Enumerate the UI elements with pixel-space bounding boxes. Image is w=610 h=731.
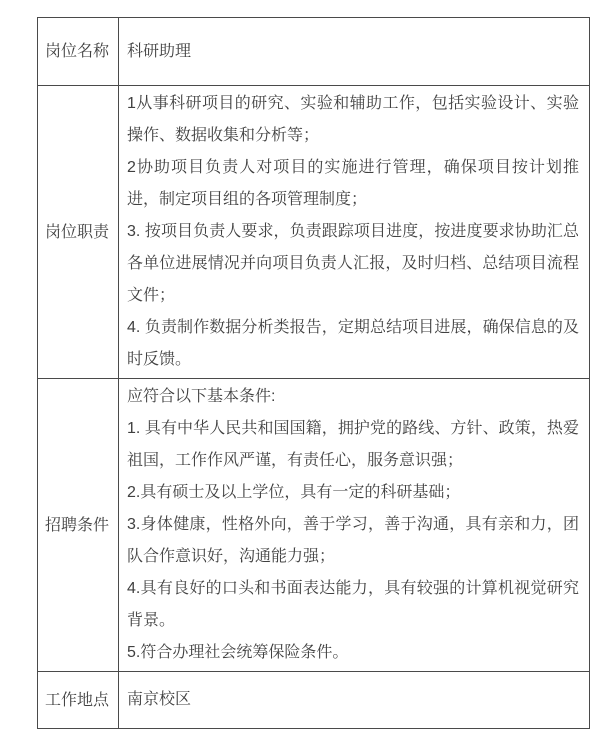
table-row-requirements: 招聘条件 应符合以下基本条件: 1. 具有中华人民共和国国籍，拥护党的路线、方针…	[38, 379, 590, 672]
row-label-responsibilities: 岗位职责	[38, 86, 119, 379]
requirements-cell: 应符合以下基本条件: 1. 具有中华人民共和国国籍，拥护党的路线、方针、政策，热…	[119, 379, 590, 672]
job-posting-table: 岗位名称 科研助理 岗位职责 1从事科研项目的研究、实验和辅助工作，包括实验设计…	[37, 17, 590, 729]
table-row-responsibilities: 岗位职责 1从事科研项目的研究、实验和辅助工作，包括实验设计、实验操作、数据收集…	[38, 86, 590, 379]
responsibility-item-2: 2协助项目负责人对项目的实施进行管理，确保项目按计划推进，制定项目组的各项管理制…	[127, 152, 579, 216]
requirement-item-4: 4.具有良好的口头和书面表达能力，具有较强的计算机视觉研究背景。	[127, 573, 579, 637]
responsibilities-cell: 1从事科研项目的研究、实验和辅助工作，包括实验设计、实验操作、数据收集和分析等；…	[119, 86, 590, 379]
requirements-intro: 应符合以下基本条件:	[127, 381, 579, 413]
position-name-cell: 科研助理	[119, 18, 590, 86]
position-name-value: 科研助理	[127, 36, 579, 68]
row-label-work-location: 工作地点	[38, 672, 119, 729]
work-location-value: 南京校区	[127, 684, 579, 716]
row-label-position-name: 岗位名称	[38, 18, 119, 86]
responsibility-item-4: 4. 负责制作数据分析类报告，定期总结项目进展，确保信息的及时反馈。	[127, 312, 579, 376]
table-row-work-location: 工作地点 南京校区	[38, 672, 590, 729]
requirement-item-2: 2.具有硕士及以上学位，具有一定的科研基础；	[127, 477, 579, 509]
requirement-item-3: 3.身体健康，性格外向，善于学习，善于沟通，具有亲和力，团队合作意识好，沟通能力…	[127, 509, 579, 573]
work-location-cell: 南京校区	[119, 672, 590, 729]
table-row-position-name: 岗位名称 科研助理	[38, 18, 590, 86]
row-label-requirements: 招聘条件	[38, 379, 119, 672]
requirement-item-1: 1. 具有中华人民共和国国籍，拥护党的路线、方针、政策，热爱祖国，工作作风严谨，…	[127, 413, 579, 477]
responsibility-item-1: 1从事科研项目的研究、实验和辅助工作，包括实验设计、实验操作、数据收集和分析等；	[127, 88, 579, 152]
requirement-item-5: 5.符合办理社会统筹保险条件。	[127, 637, 579, 669]
job-posting-page: 岗位名称 科研助理 岗位职责 1从事科研项目的研究、实验和辅助工作，包括实验设计…	[0, 0, 610, 731]
responsibility-item-3: 3. 按项目负责人要求，负责跟踪项目进度，按进度要求协助汇总各单位进展情况并向项…	[127, 216, 579, 312]
